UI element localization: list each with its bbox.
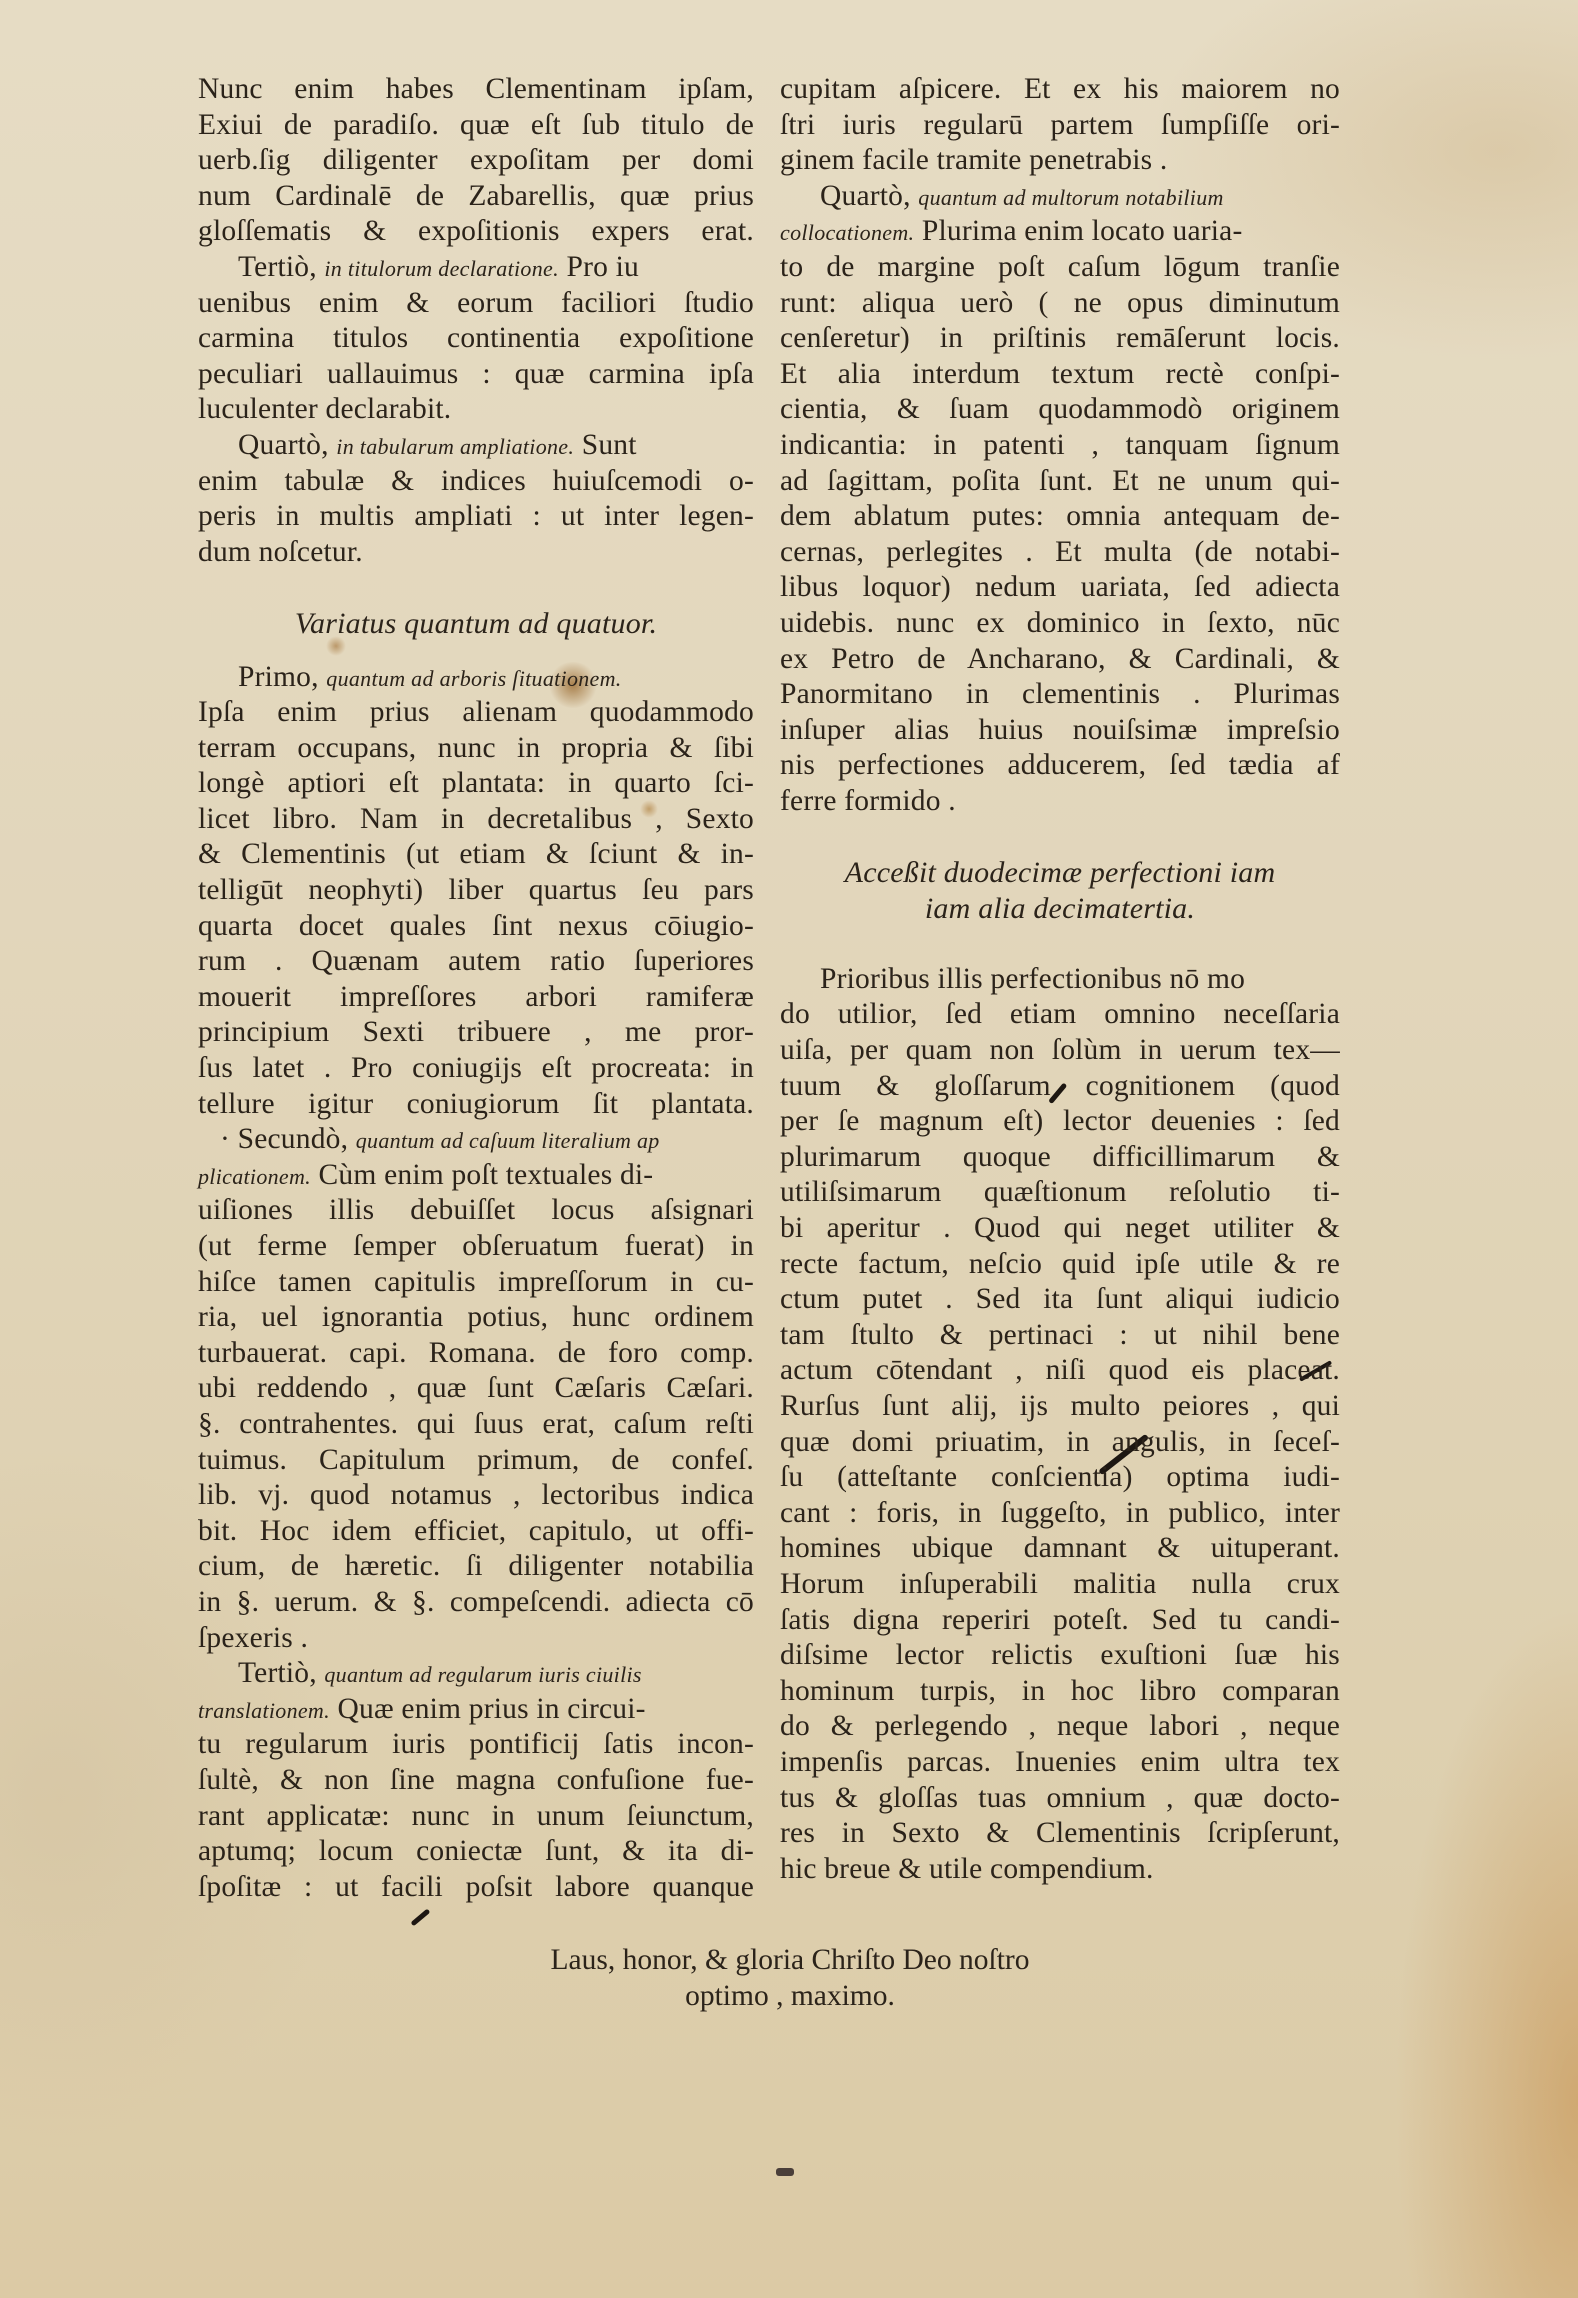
colophon-line: Laus, honor, & gloria Chriſto Deo noſtro xyxy=(440,1943,1140,1979)
text-line: & Clementinis (ut etiam & ſciunt & in- xyxy=(198,837,754,873)
spacer xyxy=(780,819,1340,855)
text-line: ad ſagittam, poſita ſunt. Et ne unum qui… xyxy=(780,464,1340,500)
text-line: do & perlegendo , neque labori , neque xyxy=(780,1709,1340,1745)
text-line: Quartò, quantum ad multorum notabilium xyxy=(780,179,1340,215)
text-line: turbauerat. capi. Romana. de foro comp. xyxy=(198,1336,754,1372)
paragraph-prioribus: Prioribus illis perfectionibus nō mo do … xyxy=(780,962,1340,1887)
text-line: utiliſsimarum quæſtionum reſolutio ti- xyxy=(780,1175,1340,1211)
text-line: uidebis. nunc ex dominico in ſexto, nūc xyxy=(780,606,1340,642)
text-line: cupitam aſpicere. Et ex his maiorem no xyxy=(780,72,1340,108)
text-line: quarta docet quales ſint nexus cōiugio- xyxy=(198,909,754,945)
spacer xyxy=(198,642,754,660)
text-line: tuimus. Capitulum primum, de confeſ. xyxy=(198,1443,754,1479)
paragraph-quarto: Quartò, in tabularum ampliatione. Sunt e… xyxy=(198,428,754,570)
paragraph-quarto-notabilium: Quartò, quantum ad multorum notabilium c… xyxy=(780,179,1340,820)
text-line: cium, de hæretic. ſi diligenter notabili… xyxy=(198,1549,754,1585)
text-line: uenibus enim & eorum faciliori ſtudio xyxy=(198,286,754,322)
text-line: ex Petro de Ancharano, & Cardinali, & xyxy=(780,642,1340,678)
text-line: Tertiò, quantum ad regularum iuris ciuil… xyxy=(198,1656,754,1692)
text-line: ſus latet . Pro coniugijs eſt procreata:… xyxy=(198,1051,754,1087)
text-line: Nunc enim habes Clementinam ipſam, xyxy=(198,72,754,108)
text-line: cant : foris, in ſuggeſto, in publico, i… xyxy=(780,1496,1340,1532)
text-line: aptumq; locum coniectæ ſunt, & ita di- xyxy=(198,1834,754,1870)
text-line: longè aptiori eſt plantata: in quarto ſc… xyxy=(198,766,754,802)
book-page: Nunc enim habes Clementinam ipſam, Exiui… xyxy=(0,0,1578,2298)
section-heading: Variatus quantum ad quatuor. xyxy=(198,606,754,642)
text-fragment: Plurima enim locato uaria- xyxy=(922,215,1243,247)
text-line: ubi reddendo , quæ ſunt Cæſaris Cæſari. xyxy=(198,1371,754,1407)
text-line: plurimarum quoque difficillimarum & xyxy=(780,1140,1340,1176)
text-line: in §. uerum. & §. compeſcendi. adiecta c… xyxy=(198,1585,754,1621)
spacer xyxy=(780,926,1340,962)
paragraph-secundo: · Secundò, quantum ad caſuum literalium … xyxy=(198,1122,754,1656)
text-line: ginem facile tramite penetrabis . xyxy=(780,143,1340,179)
paragraph-primo: Primo, quantum ad arboris ſituationem. I… xyxy=(198,660,754,1123)
text-line: ſpoſitæ : ut facili poſsit labore quanqu… xyxy=(198,1870,754,1906)
paragraph-lead: Quartò, xyxy=(238,429,329,461)
text-line: carmina titulos continentia expoſitione xyxy=(198,321,754,357)
text-line: dem ablatum putes: omnia antequam de- xyxy=(780,499,1340,535)
paragraph-lead: Tertiò, xyxy=(238,1657,317,1689)
text-line: inſuper alias huius nouiſsimæ impreſsio xyxy=(780,713,1340,749)
text-line: num Cardinalē de Zabarellis, quæ prius xyxy=(198,179,754,215)
spacer xyxy=(198,570,754,606)
text-line: uiſiones illis debuiſſet locus aſsignari xyxy=(198,1193,754,1229)
text-line: enim tabulæ & indices huiuſcemodi o- xyxy=(198,464,754,500)
text-line: licet libro. Nam in decretalibus , Sexto xyxy=(198,802,754,838)
text-line: diſsime lector relictis exuſtioni ſuæ hi… xyxy=(780,1638,1340,1674)
text-line: rum . Quænam autem ratio ſuperiores xyxy=(198,944,754,980)
text-line: rant applicatæ: nunc in unum ſeiunctum, xyxy=(198,1799,754,1835)
italic-rubric: in titulorum declaratione. xyxy=(324,256,559,281)
text-line: bi aperitur . Quod qui neget utiliter & xyxy=(780,1211,1340,1247)
section-heading: Acceßit duodecimæ perfectioni iam xyxy=(780,855,1340,891)
text-line: luculenter declarabit. xyxy=(198,392,754,428)
section-heading: iam alia decimatertia. xyxy=(780,891,1340,927)
text-fragment: Cùm enim poſt textuales di- xyxy=(319,1159,654,1191)
italic-rubric: quantum ad caſuum literalium ap xyxy=(356,1128,660,1153)
text-line: ſtri iuris regularū partem ſumpſiſſe ori… xyxy=(780,108,1340,144)
ink-mark xyxy=(776,2168,794,2176)
text-line: uerb.ſig diligenter expoſitam per domi xyxy=(198,143,754,179)
text-line: plicationem. Cùm enim poſt textuales di- xyxy=(198,1158,754,1194)
text-line: runt: aliqua uerò ( ne opus diminutum xyxy=(780,286,1340,322)
text-line: res in Sexto & Clementinis ſcripſerunt, xyxy=(780,1816,1340,1852)
paragraph-lead: Primo, xyxy=(238,661,319,693)
ink-mark xyxy=(410,1908,430,1926)
text-fragment: Pro iu xyxy=(566,251,639,283)
text-line: lib. vj. quod notamus , lectoribus indic… xyxy=(198,1478,754,1514)
text-line: Et alia interdum textum rectè conſpi- xyxy=(780,357,1340,393)
paragraph-lead: Tertiò, xyxy=(238,251,317,283)
text-line: (ut ferme ſemper obſeruatum fuerat) in xyxy=(198,1229,754,1265)
text-line: cenſeretur) in priſtinis remāſerunt loci… xyxy=(780,321,1340,357)
colophon-line: optimo , maximo. xyxy=(440,1979,1140,2015)
text-fragment: Quæ enim prius in circui- xyxy=(338,1693,646,1725)
text-line: ſultè, & non ſine magna confuſione fue- xyxy=(198,1763,754,1799)
italic-rubric: quantum ad multorum notabilium xyxy=(918,185,1223,210)
text-line: Horum inſuperabili malitia nulla crux xyxy=(780,1567,1340,1603)
paragraph-lead: · Secundò, xyxy=(220,1123,348,1155)
text-line: to de margine poſt caſum lōgum tranſie xyxy=(780,250,1340,286)
text-line: peris in multis ampliati : ut inter lege… xyxy=(198,499,754,535)
paragraph-lead: Quartò, xyxy=(820,180,911,212)
text-line: per ſe magnum eſt) lector deuenies : ſed xyxy=(780,1104,1340,1140)
text-line: homines ubique damnant & uituperant. xyxy=(780,1531,1340,1567)
text-line: impenſis parcas. Inuenies enim ultra tex xyxy=(780,1745,1340,1781)
paragraph-intro: Nunc enim habes Clementinam ipſam, Exiui… xyxy=(198,72,754,250)
text-line: tam ſtulto & pertinaci : ut nihil bene xyxy=(780,1318,1340,1354)
section-heading-block: Acceßit duodecimæ perfectioni iam iam al… xyxy=(780,855,1340,926)
text-line: quæ domi priuatim, in angulis, in ſeceſ- xyxy=(780,1425,1340,1461)
text-line: nis perfectiones adducerem, ſed tædia af xyxy=(780,748,1340,784)
text-line: mouerit impreſſores arbori ramiferæ xyxy=(198,980,754,1016)
text-line: Prioribus illis perfectionibus nō mo xyxy=(780,962,1340,998)
text-line: tu regularum iuris pontificij ſatis inco… xyxy=(198,1727,754,1763)
italic-rubric: quantum ad arboris ſituationem. xyxy=(326,666,621,691)
text-line: translationem. Quæ enim prius in circui- xyxy=(198,1692,754,1728)
paragraph-continued: cupitam aſpicere. Et ex his maiorem no ſ… xyxy=(780,72,1340,179)
text-line: peculiari uallauimus : quæ carmina ipſa xyxy=(198,357,754,393)
text-line: cientia, & ſuam quodammodò originem xyxy=(780,392,1340,428)
text-line: Tertiò, in titulorum declaratione. Pro i… xyxy=(198,250,754,286)
text-line: ſpexeris . xyxy=(198,1621,754,1657)
text-line: dum noſcetur. xyxy=(198,535,754,571)
italic-rubric: collocationem. xyxy=(780,220,914,245)
text-fragment: Sunt xyxy=(582,429,637,461)
paragraph-tertio-regularum: Tertiò, quantum ad regularum iuris ciuil… xyxy=(198,1656,754,1905)
text-line: do utilior, ſed etiam omnino neceſſaria xyxy=(780,997,1340,1033)
text-line: ſu (atteſtante conſcientia) optima iudi- xyxy=(780,1460,1340,1496)
text-line: principium Sexti tribuere , me pror- xyxy=(198,1015,754,1051)
text-line: Quartò, in tabularum ampliatione. Sunt xyxy=(198,428,754,464)
text-line: ctum putet . Sed ita ſunt aliqui iudicio xyxy=(780,1282,1340,1318)
text-line: gloſſematis & expoſitionis expers erat. xyxy=(198,214,754,250)
text-line: telligūt neophyti) liber quartus ſeu par… xyxy=(198,873,754,909)
text-line: hiſce tamen capitulis impreſſorum in cu- xyxy=(198,1265,754,1301)
text-line: Panormitano in clementinis . Plurimas xyxy=(780,677,1340,713)
text-line: libus loquor) nedum uariata, ſed adiecta xyxy=(780,570,1340,606)
text-line: Rurſus ſunt alij, ijs multo peiores , qu… xyxy=(780,1389,1340,1425)
text-line: · Secundò, quantum ad caſuum literalium … xyxy=(198,1122,754,1158)
text-line: terram occupans, nunc in propria & ſibi xyxy=(198,731,754,767)
text-line: tus & gloſſas tuas omnium , quæ docto- xyxy=(780,1781,1340,1817)
italic-rubric: in tabularum ampliatione. xyxy=(336,434,574,459)
text-line: cernas, perlegites . Et multa (de notabi… xyxy=(780,535,1340,571)
text-line: §. contrahentes. qui ſuus erat, caſum re… xyxy=(198,1407,754,1443)
text-line: uiſa, per quam non ſolùm in uerum tex— xyxy=(780,1033,1340,1069)
right-column: cupitam aſpicere. Et ex his maiorem no ſ… xyxy=(780,72,1340,1887)
text-line: collocationem. Plurima enim locato uaria… xyxy=(780,214,1340,250)
text-line: hic breue & utile compendium. xyxy=(780,1852,1340,1888)
italic-rubric: quantum ad regularum iuris ciuilis xyxy=(324,1662,641,1687)
text-line: recte factum, neſcio quid ipſe utile & r… xyxy=(780,1247,1340,1283)
paragraph-tertio: Tertiò, in titulorum declaratione. Pro i… xyxy=(198,250,754,428)
text-line: ſatis digna reperiri poteſt. Sed tu cand… xyxy=(780,1603,1340,1639)
italic-rubric: translationem. xyxy=(198,1698,330,1723)
text-line: Primo, quantum ad arboris ſituationem. xyxy=(198,660,754,696)
text-line: tuum & gloſſarum cognitionem (quod xyxy=(780,1069,1340,1105)
left-column: Nunc enim habes Clementinam ipſam, Exiui… xyxy=(198,72,754,1905)
text-line: bit. Hoc idem efficiet, capitulo, ut off… xyxy=(198,1514,754,1550)
italic-rubric: plicationem. xyxy=(198,1164,311,1189)
colophon: Laus, honor, & gloria Chriſto Deo noſtro… xyxy=(440,1943,1140,2014)
text-line: tellure igitur coniugiorum ſit plantata. xyxy=(198,1087,754,1123)
text-line: ferre formido . xyxy=(780,784,1340,820)
text-line: Ipſa enim prius alienam quodammodo xyxy=(198,695,754,731)
text-line: indicantia: in patenti , tanquam ſignum xyxy=(780,428,1340,464)
text-line: hominum turpis, in hoc libro comparan xyxy=(780,1674,1340,1710)
text-line: Exiui de paradiſo. quæ eſt ſub titulo de xyxy=(198,108,754,144)
text-line: ria, uel ignorantia potius, hunc ordinem xyxy=(198,1300,754,1336)
text-line: actum cōtendant , niſi quod eis placeat. xyxy=(780,1353,1340,1389)
